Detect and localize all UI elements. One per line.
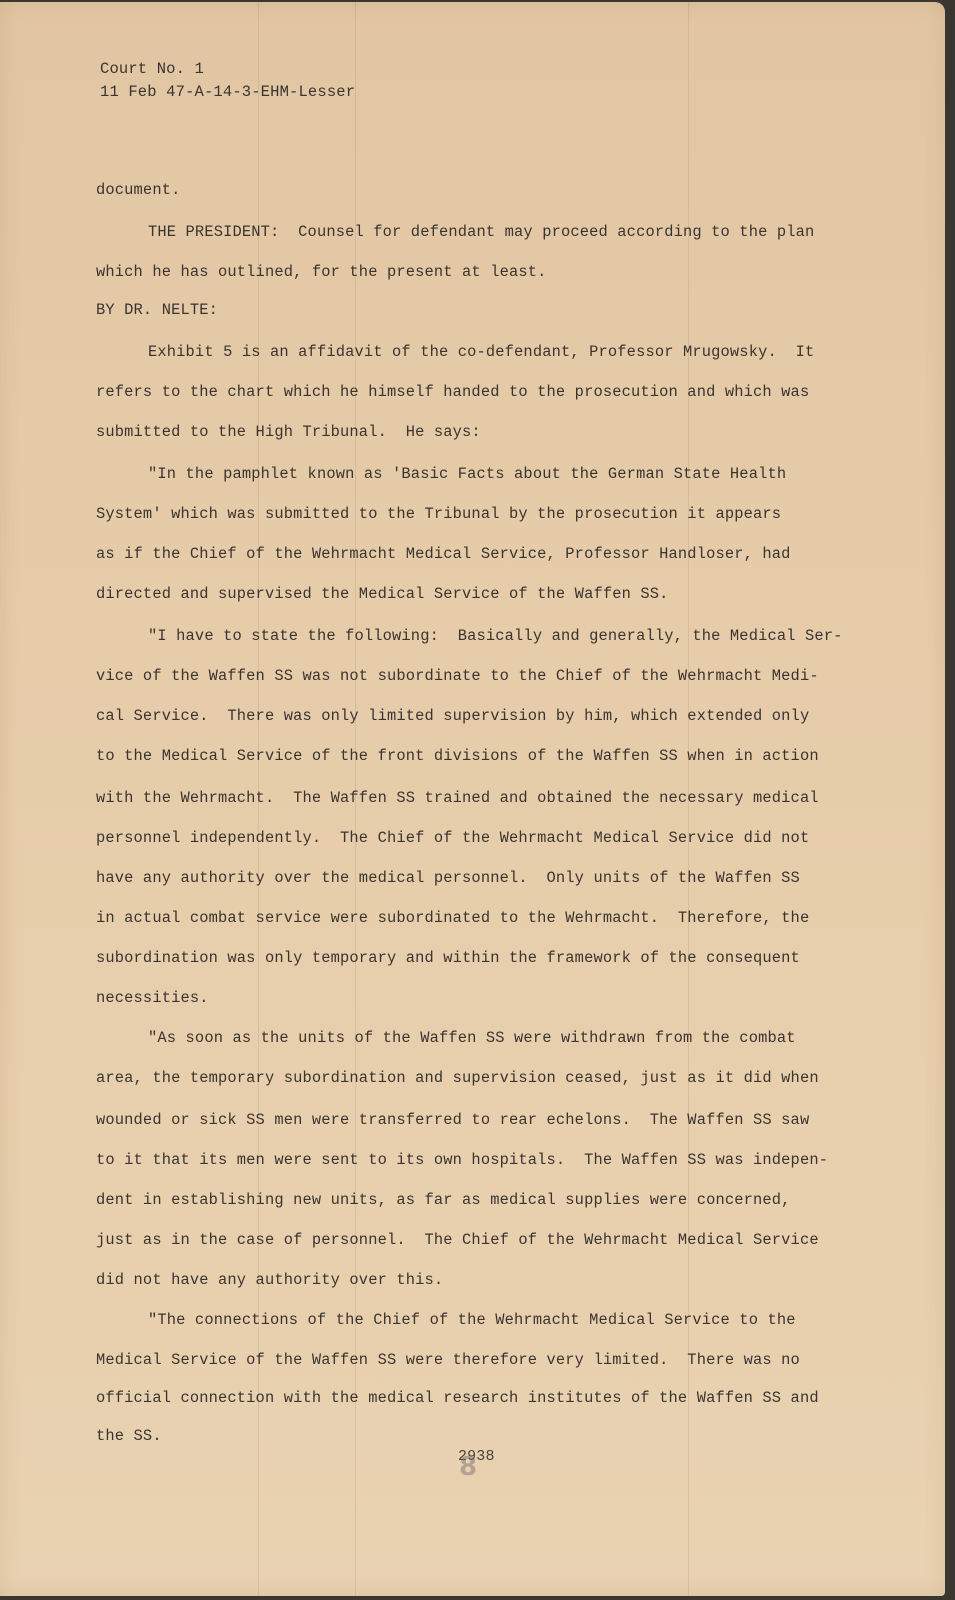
transcript-page: Court No. 1 11 Feb 47-A-14-3-EHM-Lesser … <box>0 0 945 1594</box>
document-header: Court No. 1 11 Feb 47-A-14-3-EHM-Lesser <box>100 58 355 104</box>
transcript-line: the SS. <box>96 1426 162 1446</box>
stamp-mark: 8 <box>459 1452 477 1482</box>
transcript-line: to the Medical Service of the front divi… <box>96 746 819 766</box>
transcript-line: dent in establishing new units, as far a… <box>96 1190 791 1210</box>
transcript-line: vice of the Waffen SS was not subordinat… <box>96 666 819 686</box>
document-reference: 11 Feb 47-A-14-3-EHM-Lesser <box>100 81 355 104</box>
transcript-line: personnel independently. The Chief of th… <box>96 828 809 848</box>
transcript-line: Medical Service of the Waffen SS were th… <box>96 1350 800 1370</box>
transcript-line: subordination was only temporary and wit… <box>96 948 800 968</box>
transcript-line: document. <box>96 180 180 200</box>
transcript-line: "I have to state the following: Basicall… <box>148 626 843 646</box>
transcript-line: have any authority over the medical pers… <box>96 868 800 888</box>
transcript-line: just as in the case of personnel. The Ch… <box>96 1230 819 1250</box>
transcript-line: necessities. <box>96 988 209 1008</box>
transcript-line: Exhibit 5 is an affidavit of the co-defe… <box>148 342 814 362</box>
transcript-line: did not have any authority over this. <box>96 1270 443 1290</box>
transcript-line: wounded or sick SS men were transferred … <box>96 1110 809 1130</box>
transcript-line: THE PRESIDENT: Counsel for defendant may… <box>148 222 814 242</box>
transcript-line: BY DR. NELTE: <box>96 300 218 320</box>
court-number: Court No. 1 <box>100 58 355 81</box>
transcript-line: area, the temporary subordination and su… <box>96 1068 819 1088</box>
transcript-line: as if the Chief of the Wehrmacht Medical… <box>96 544 791 564</box>
transcript-line: which he has outlined, for the present a… <box>96 262 547 282</box>
transcript-line: cal Service. There was only limited supe… <box>96 706 809 726</box>
transcript-line: submitted to the High Tribunal. He says: <box>96 422 481 442</box>
transcript-line: in actual combat service were subordinat… <box>96 908 809 928</box>
transcript-line: to it that its men were sent to its own … <box>96 1150 828 1170</box>
transcript-line: directed and supervised the Medical Serv… <box>96 584 669 604</box>
transcript-line: "In the pamphlet known as 'Basic Facts a… <box>148 464 786 484</box>
transcript-line: System' which was submitted to the Tribu… <box>96 504 781 524</box>
transcript-line: refers to the chart which he himself han… <box>96 382 809 402</box>
transcript-line: official connection with the medical res… <box>96 1388 819 1408</box>
transcript-line: "As soon as the units of the Waffen SS w… <box>148 1028 796 1048</box>
transcript-line: with the Wehrmacht. The Waffen SS traine… <box>96 788 819 808</box>
transcript-line: "The connections of the Chief of the Weh… <box>148 1310 796 1330</box>
